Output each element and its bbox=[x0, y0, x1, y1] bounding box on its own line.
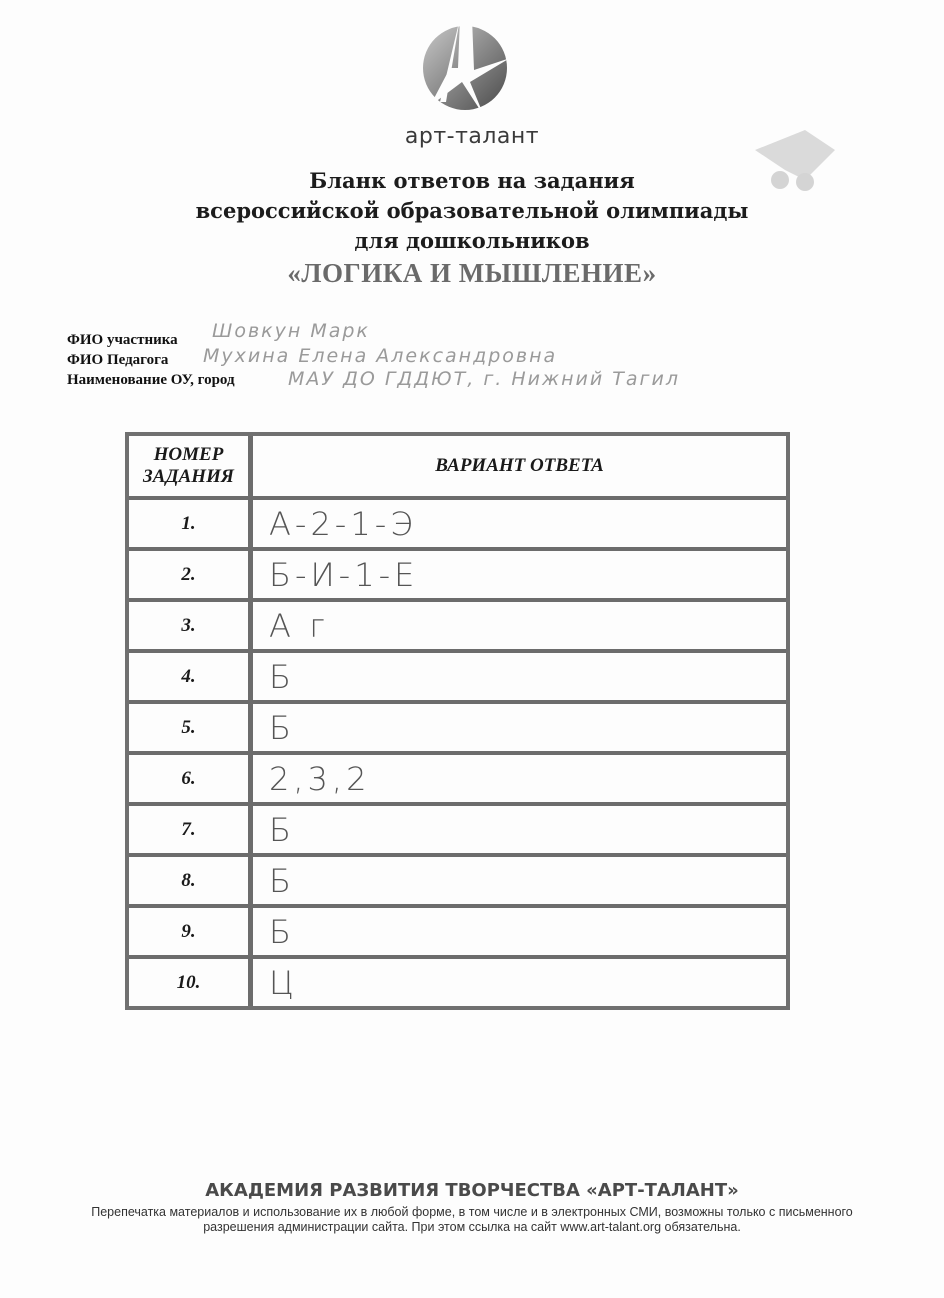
answer-cell[interactable]: Б bbox=[253, 653, 786, 700]
answer-cell[interactable]: 2,3,2 bbox=[253, 755, 786, 802]
form-subtitle: всероссийской образовательной олимпиады bbox=[0, 198, 944, 223]
task-number: 5. bbox=[129, 704, 253, 751]
task-number: 2. bbox=[129, 551, 253, 598]
task-number-header: НОМЕР ЗАДАНИЯ bbox=[129, 436, 253, 496]
olympiad-name: «ЛОГИКА И МЫШЛЕНИЕ» bbox=[0, 258, 944, 289]
footer-academy-title: АКАДЕМИЯ РАЗВИТИЯ ТВОРЧЕСТВА «АРТ-ТАЛАНТ… bbox=[0, 1180, 944, 1201]
teacher-value: Мухина Елена Александровна bbox=[203, 345, 557, 367]
table-header-row: НОМЕР ЗАДАНИЯ ВАРИАНТ ОТВЕТА bbox=[129, 436, 786, 496]
task-number: 1. bbox=[129, 500, 253, 547]
answer-cell[interactable]: Б bbox=[253, 704, 786, 751]
table-row: 1.А-2-1-Э bbox=[129, 496, 786, 547]
table-row: 6.2,3,2 bbox=[129, 751, 786, 802]
participant-value: Шовкун Марк bbox=[212, 320, 370, 342]
task-number: 3. bbox=[129, 602, 253, 649]
table-row: 8.Б bbox=[129, 853, 786, 904]
table-row: 2.Б-И-1-Е bbox=[129, 547, 786, 598]
table-row: 10.Ц bbox=[129, 955, 786, 1006]
teacher-label: ФИО Педагога bbox=[67, 352, 168, 369]
task-number: 4. bbox=[129, 653, 253, 700]
answer-cell[interactable]: Ц bbox=[253, 959, 786, 1006]
footer-copyright-notice: Перепечатка материалов и использование и… bbox=[90, 1205, 854, 1235]
task-number: 8. bbox=[129, 857, 253, 904]
school-label: Наименование ОУ, город bbox=[67, 372, 235, 389]
school-value: МАУ ДО ГДДЮТ, г. Нижний Тагил bbox=[288, 368, 680, 390]
participant-label: ФИО участника bbox=[67, 332, 178, 349]
form-audience: для дошкольников bbox=[0, 228, 944, 253]
table-row: 7.Б bbox=[129, 802, 786, 853]
table-row: 5.Б bbox=[129, 700, 786, 751]
table-row: 9.Б bbox=[129, 904, 786, 955]
task-number: 6. bbox=[129, 755, 253, 802]
answer-cell[interactable]: Б bbox=[253, 806, 786, 853]
answer-cell[interactable]: А-2-1-Э bbox=[253, 500, 786, 547]
answer-cell[interactable]: Б bbox=[253, 908, 786, 955]
table-row: 4.Б bbox=[129, 649, 786, 700]
answer-cell[interactable]: Б-И-1-Е bbox=[253, 551, 786, 598]
task-number: 7. bbox=[129, 806, 253, 853]
answer-cell[interactable]: Б bbox=[253, 857, 786, 904]
form-title: Бланк ответов на задания bbox=[0, 168, 944, 193]
answer-header: ВАРИАНТ ОТВЕТА bbox=[253, 436, 786, 496]
answer-cell[interactable]: А г bbox=[253, 602, 786, 649]
table-row: 3.А г bbox=[129, 598, 786, 649]
task-number: 9. bbox=[129, 908, 253, 955]
answers-table: НОМЕР ЗАДАНИЯ ВАРИАНТ ОТВЕТА 1.А-2-1-Э 2… bbox=[125, 432, 790, 1010]
art-talant-logo-icon bbox=[410, 10, 520, 120]
task-number: 10. bbox=[129, 959, 253, 1006]
